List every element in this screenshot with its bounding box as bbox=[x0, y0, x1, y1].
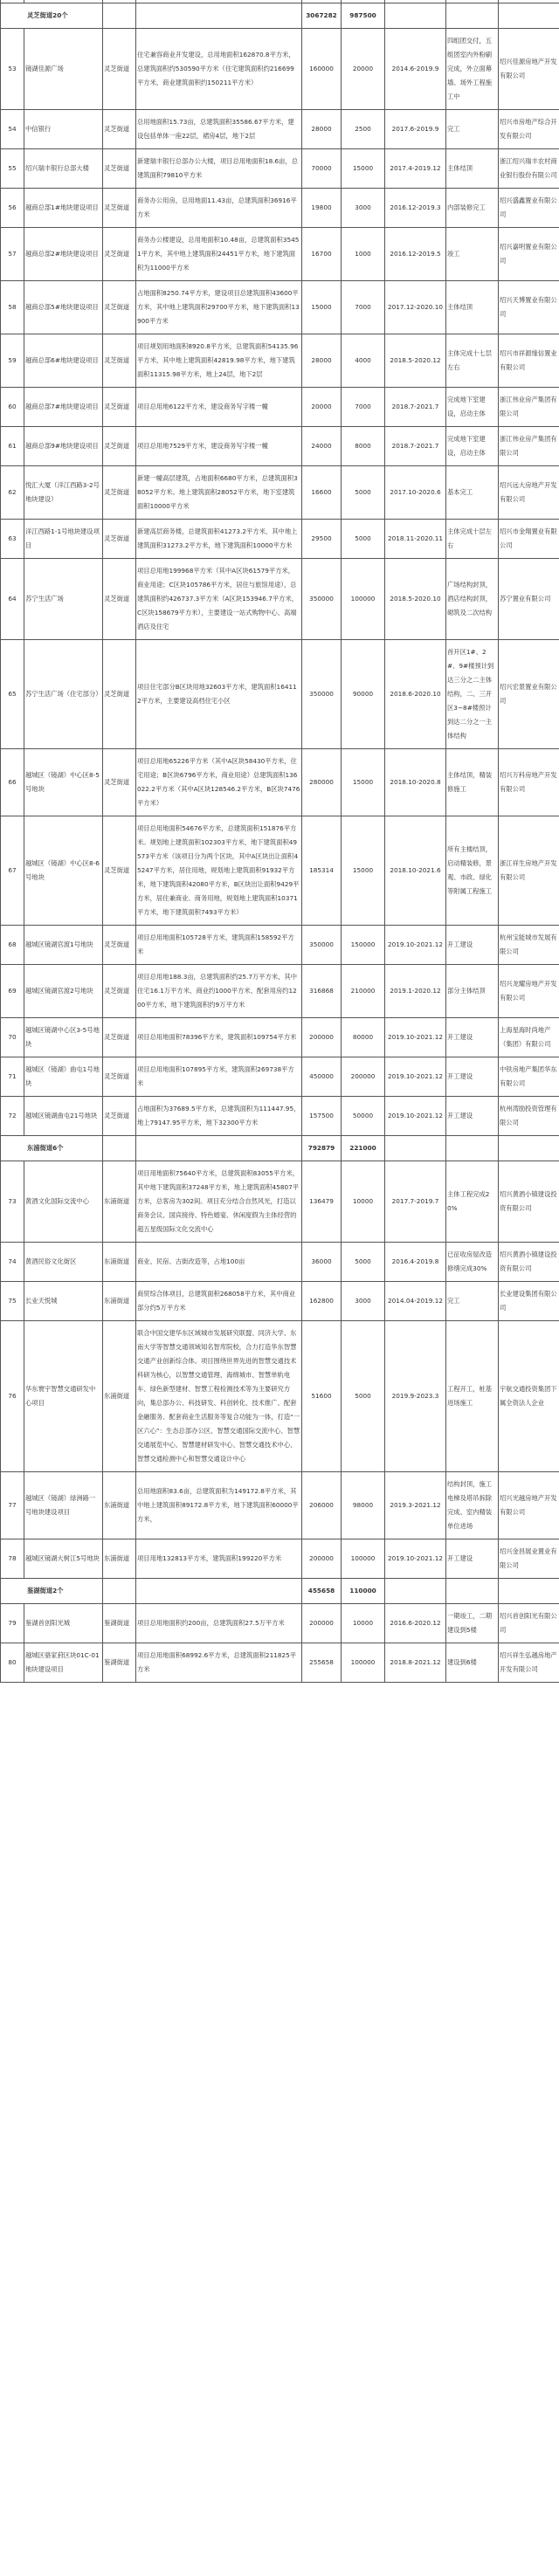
project-company: 中铁房地产集团华东有限公司 bbox=[499, 1057, 559, 1097]
table-row: 70 越城区镜湖中心区3-5号地块 灵芝街道 项目总用地面积78396平方米，建… bbox=[1, 1018, 559, 1057]
table-row: 57 越商总部2#地块建设项目 灵芝街道 商务办公楼建设，总用地面积10.48亩… bbox=[1, 228, 559, 281]
table-row: 69 越城区镜湖官渡2号地块 灵芝街道 项目总用地188.3亩，总建筑面积约25… bbox=[1, 965, 559, 1018]
project-number: 65 bbox=[1, 640, 24, 749]
project-name: 越城区镜湖官渡2号地块 bbox=[24, 965, 103, 1018]
project-progress: 结构封顶，施工电梯及塔吊拆除完成、室内精装单位进场 bbox=[446, 1472, 499, 1539]
project-progress: 主体工程完成20% bbox=[446, 1161, 499, 1243]
project-investment: 185314 bbox=[302, 816, 342, 926]
table-row: 72 越城区镜湖曲屯21号地块 灵芝街道 占地面积为37689.5平方米，总建筑… bbox=[1, 1097, 559, 1136]
table-row: 54 中信银行 灵芝街道 总用地面积15.73亩，总建筑面积35586.67平方… bbox=[1, 110, 559, 149]
project-investment: 157500 bbox=[302, 1097, 342, 1136]
group-empty bbox=[446, 1136, 499, 1161]
project-name: 越商总部1#地块建设项目 bbox=[24, 189, 103, 228]
project-period: 2019.10-2021.12 bbox=[385, 1057, 446, 1097]
group-empty bbox=[136, 1579, 302, 1604]
project-company: 浙江绍兴瑞丰农村商业银行股份有限公司 bbox=[499, 149, 559, 189]
group-investment-total: 792879 bbox=[302, 1136, 342, 1161]
project-progress: 广场结构封顶，酒店结构封顶，砌筑及二次结构 bbox=[446, 559, 499, 640]
project-annual-investment: 10000 bbox=[342, 1161, 385, 1243]
table-row: 75 长业天悦城 东浦街道 商贸综合体项目，总建筑面积268058平方米，其中商… bbox=[1, 1282, 559, 1321]
project-name: 长业天悦城 bbox=[24, 1282, 103, 1321]
project-period: 2016.12-2019.3 bbox=[385, 189, 446, 228]
group-summary-row: 东浦街道6个 792879 221000 bbox=[1, 1136, 559, 1161]
group-empty bbox=[446, 3, 499, 29]
project-investment: 255658 bbox=[302, 1643, 342, 1683]
project-period: 2018.10-2020.8 bbox=[385, 749, 446, 816]
table-row: 73 黄酒文化国际交流中心 东浦街道 项目用地面积75640平方米，总建筑面积8… bbox=[1, 1161, 559, 1243]
project-description: 住宅兼容商业开发建设，总用地面积162870.8平方米，总建筑面积约530590… bbox=[136, 29, 302, 110]
project-number: 74 bbox=[1, 1243, 24, 1282]
project-number: 68 bbox=[1, 926, 24, 965]
project-description: 项目总用地7529平方米，建设商务写字楼一幢 bbox=[136, 427, 302, 466]
group-annual-total: 110000 bbox=[342, 1579, 385, 1604]
project-street: 灵芝街道 bbox=[103, 110, 136, 149]
group-empty bbox=[499, 3, 559, 29]
project-description: 项目住宅部分B区块用地32603平方米，建筑面积164112平方米，主要建设高档… bbox=[136, 640, 302, 749]
project-period: 2017.10-2020.6 bbox=[385, 466, 446, 520]
project-company: 绍兴龙耀房地产开发有限公司 bbox=[499, 965, 559, 1018]
project-annual-investment: 8000 bbox=[342, 427, 385, 466]
table-row: 53 镜湖佳源广场 灵芝街道 住宅兼容商业开发建设，总用地面积162870.8平… bbox=[1, 29, 559, 110]
project-period: 2014.6-2019.9 bbox=[385, 29, 446, 110]
project-number: 62 bbox=[1, 466, 24, 520]
project-name: 越城区（镜湖）曲屯1号地块 bbox=[24, 1057, 103, 1097]
group-annual-total: 221000 bbox=[342, 1136, 385, 1161]
project-investment: 19800 bbox=[302, 189, 342, 228]
project-progress: 工程开工，桩基进场施工 bbox=[446, 1321, 499, 1472]
group-empty bbox=[103, 1579, 136, 1604]
project-number: 72 bbox=[1, 1097, 24, 1136]
project-annual-investment: 90000 bbox=[342, 640, 385, 749]
group-empty bbox=[499, 1579, 559, 1604]
project-progress: 主体完成十层左右 bbox=[446, 520, 499, 559]
project-annual-investment: 100000 bbox=[342, 1643, 385, 1683]
project-annual-investment: 5000 bbox=[342, 466, 385, 520]
project-description: 占地面积为37689.5平方米，总建筑面积为111447.95，地上79147.… bbox=[136, 1097, 302, 1136]
project-progress: 完成地下室建设，启动主体 bbox=[446, 427, 499, 466]
project-number: 79 bbox=[1, 1604, 24, 1643]
project-street: 东浦街道 bbox=[103, 1539, 136, 1579]
group-label: 鉴湖街道2个 bbox=[1, 1579, 103, 1604]
project-annual-investment: 100000 bbox=[342, 559, 385, 640]
project-annual-investment: 15000 bbox=[342, 149, 385, 189]
project-description: 项目规划用地面积8920.8平方米，总建筑面积54135.96平方米，其中地上建… bbox=[136, 334, 302, 388]
project-progress: 竣工 bbox=[446, 228, 499, 281]
table-row: 60 越商总部7#地块建设项目 灵芝街道 项目总用地6122平方米，建设商务写字… bbox=[1, 388, 559, 427]
project-street: 东浦街道 bbox=[103, 1161, 136, 1243]
project-street: 东浦街道 bbox=[103, 1282, 136, 1321]
project-investment: 316868 bbox=[302, 965, 342, 1018]
project-company: 绍兴佳源房地产开发有限公司 bbox=[499, 29, 559, 110]
project-name: 越城区镜湖官渡1号地块 bbox=[24, 926, 103, 965]
table-row: 74 黄酒民俗文化街区 东浦街道 商业、民宿、古街改造等，占地100亩 3600… bbox=[1, 1243, 559, 1282]
project-period: 2019.10-2021.12 bbox=[385, 926, 446, 965]
project-number: 53 bbox=[1, 29, 24, 110]
project-progress: 开工建设 bbox=[446, 1057, 499, 1097]
project-name: 越城区镜湖曲屯21号地块 bbox=[24, 1097, 103, 1136]
project-period: 2018.11-2020.11 bbox=[385, 520, 446, 559]
project-street: 鉴湖街道 bbox=[103, 1643, 136, 1683]
project-description: 项目用地面积75640平方米，总建筑面积83055平方米，其中地下建筑面积372… bbox=[136, 1161, 302, 1243]
project-street: 灵芝街道 bbox=[103, 228, 136, 281]
project-progress: 一期竣工，二期建设到5楼 bbox=[446, 1604, 499, 1643]
project-investment: 206000 bbox=[302, 1472, 342, 1539]
project-annual-investment: 1000 bbox=[342, 228, 385, 281]
project-description: 新建瑞丰银行总部办公大楼，项目总用地面积18.6亩，总建筑面积79810平方米 bbox=[136, 149, 302, 189]
table-row: 61 越商总部9#地块建设项目 灵芝街道 项目总用地7529平方米，建设商务写字… bbox=[1, 427, 559, 466]
project-description: 商贸综合体项目，总建筑面积268058平方米，其中商业部分约5万平方米 bbox=[136, 1282, 302, 1321]
project-street: 灵芝街道 bbox=[103, 388, 136, 427]
project-annual-investment: 98000 bbox=[342, 1472, 385, 1539]
project-annual-investment: 150000 bbox=[342, 926, 385, 965]
project-number: 80 bbox=[1, 1643, 24, 1683]
project-investment: 136479 bbox=[302, 1161, 342, 1243]
project-street: 东浦街道 bbox=[103, 1472, 136, 1539]
project-name: 越商总部9#地块建设项目 bbox=[24, 427, 103, 466]
project-period: 2019.10-2021.12 bbox=[385, 1539, 446, 1579]
project-company: 长业建设集团有限公司 bbox=[499, 1282, 559, 1321]
project-description: 总用地面积15.73亩，总建筑面积35586.67平方米，建设包括单体一座22层… bbox=[136, 110, 302, 149]
project-description: 项目总用地面积105728平方米，建筑面积158592平方米 bbox=[136, 926, 302, 965]
project-annual-investment: 80000 bbox=[342, 1018, 385, 1057]
table-row: 79 鉴湖首创阳光城 鉴湖街道 项目总用地面积约200亩，总建筑面积27.5万平… bbox=[1, 1604, 559, 1643]
table-row: 71 越城区（镜湖）曲屯1号地块 灵芝街道 项目总用地面积107895平方米，建… bbox=[1, 1057, 559, 1097]
group-empty bbox=[499, 1136, 559, 1161]
project-period: 2018.10-2021.6 bbox=[385, 816, 446, 926]
project-number: 54 bbox=[1, 110, 24, 149]
project-company: 绍兴嘉明置业有限公司 bbox=[499, 228, 559, 281]
project-description: 项目总用地65226平方米（其中A区块58430平方米，住宅用途；B区块6796… bbox=[136, 749, 302, 816]
project-description: 项目用地132813平方米，建筑面积199220平方米 bbox=[136, 1539, 302, 1579]
project-progress: 完工 bbox=[446, 110, 499, 149]
project-annual-investment: 5000 bbox=[342, 1243, 385, 1282]
project-investment: 15000 bbox=[302, 281, 342, 334]
group-empty bbox=[385, 1136, 446, 1161]
project-annual-investment: 3000 bbox=[342, 1282, 385, 1321]
project-annual-investment: 2500 bbox=[342, 110, 385, 149]
table-row: 63 洋江西路1-1号地块建设项目 灵芝街道 新建高层商务楼，总建筑面积4127… bbox=[1, 520, 559, 559]
project-description: 项目总用地面积78396平方米，建筑面积109754平方米 bbox=[136, 1018, 302, 1057]
table-row: 66 越城区（镜湖）中心区8-5号地块 灵芝街道 项目总用地65226平方米（其… bbox=[1, 749, 559, 816]
project-period: 2016.12-2019.5 bbox=[385, 228, 446, 281]
project-investment: 24000 bbox=[302, 427, 342, 466]
project-annual-investment: 7000 bbox=[342, 388, 385, 427]
project-street: 灵芝街道 bbox=[103, 749, 136, 816]
project-description: 商业、民宿、古街改造等，占地100亩 bbox=[136, 1243, 302, 1282]
project-name: 越城区（镜湖）中心区8-6号地块 bbox=[24, 816, 103, 926]
project-name: 黄酒民俗文化街区 bbox=[24, 1243, 103, 1282]
project-number: 71 bbox=[1, 1057, 24, 1097]
project-period: 2018.7-2021.7 bbox=[385, 427, 446, 466]
table-row: 78 越城区镜湖大树江5号地块 东浦街道 项目用地132813平方米，建筑面积1… bbox=[1, 1539, 559, 1579]
table-row: 55 绍兴瑞丰银行总部大楼 灵芝街道 新建瑞丰银行总部办公大楼，项目总用地面积1… bbox=[1, 149, 559, 189]
project-investment: 200000 bbox=[302, 1604, 342, 1643]
project-number: 61 bbox=[1, 427, 24, 466]
project-number: 73 bbox=[1, 1161, 24, 1243]
project-company: 浙江伟业房产集团有限公司 bbox=[499, 427, 559, 466]
project-description: 商务办公用房，总用地面11.43亩，总建筑面积36916平方米 bbox=[136, 189, 302, 228]
project-number: 56 bbox=[1, 189, 24, 228]
project-street: 灵芝街道 bbox=[103, 281, 136, 334]
project-period: 2017.4-2019.12 bbox=[385, 149, 446, 189]
project-period: 2018.5-2020.10 bbox=[385, 559, 446, 640]
project-company: 绍兴市金翔置业有限公司 bbox=[499, 520, 559, 559]
project-company: 绍兴祥生弘越房地产开发有限公司 bbox=[499, 1643, 559, 1683]
project-table: 灵芝街道20个 3067282 987500 53 镜湖佳源广场 灵芝街道 住宅… bbox=[0, 0, 559, 1683]
project-period: 2018.5-2020.12 bbox=[385, 334, 446, 388]
project-name: 悦汇大厦（洋江西路3-2号地块建设） bbox=[24, 466, 103, 520]
project-description: 占地面积8250.74平方米，建设项目总建筑面积43600平方米，其中地上建筑面… bbox=[136, 281, 302, 334]
project-street: 灵芝街道 bbox=[103, 640, 136, 749]
project-period: 2018.6-2020.10 bbox=[385, 640, 446, 749]
project-investment: 280000 bbox=[302, 749, 342, 816]
project-number: 77 bbox=[1, 1472, 24, 1539]
project-annual-investment: 3000 bbox=[342, 189, 385, 228]
project-company: 绍兴市房地产综合开发有限公司 bbox=[499, 110, 559, 149]
project-name: 越城区（镜湖）绿洲路一号地块建设项目 bbox=[24, 1472, 103, 1539]
project-period: 2019.10-2021.12 bbox=[385, 1018, 446, 1057]
project-period: 2016.4-2019.8 bbox=[385, 1243, 446, 1282]
project-investment: 29500 bbox=[302, 520, 342, 559]
project-number: 60 bbox=[1, 388, 24, 427]
project-description: 新建高层商务楼，总建筑面积41273.2平方米，其中地上建筑面积31273.2平… bbox=[136, 520, 302, 559]
project-investment: 16700 bbox=[302, 228, 342, 281]
project-company: 绍兴市祥源缘信置业有限公司 bbox=[499, 334, 559, 388]
project-period: 2018.8-2021.12 bbox=[385, 1643, 446, 1683]
project-period: 2017.12-2020.10 bbox=[385, 281, 446, 334]
table-row: 56 越商总部1#地块建设项目 灵芝街道 商务办公用房，总用地面11.43亩，总… bbox=[1, 189, 559, 228]
project-company: 绍兴金昌展业置业有限公司 bbox=[499, 1539, 559, 1579]
project-annual-investment: 7000 bbox=[342, 281, 385, 334]
project-company: 上海星海时尚地产（集团）有限公司 bbox=[499, 1018, 559, 1057]
project-progress: 主体结顶，精装修施工 bbox=[446, 749, 499, 816]
group-empty bbox=[103, 3, 136, 29]
project-period: 2018.7-2021.7 bbox=[385, 388, 446, 427]
project-annual-investment: 5000 bbox=[342, 1321, 385, 1472]
project-street: 东浦街道 bbox=[103, 1321, 136, 1472]
project-investment: 162800 bbox=[302, 1282, 342, 1321]
project-annual-investment: 5000 bbox=[342, 520, 385, 559]
project-progress: 建设到6楼 bbox=[446, 1643, 499, 1683]
project-description: 联合中国交建华东区域城市发展研究联盟、同济大学、东南大学等智慧交通领域知名智库院… bbox=[136, 1321, 302, 1472]
project-investment: 350000 bbox=[302, 640, 342, 749]
table-row: 58 越商总部5#地块建设项目 灵芝街道 占地面积8250.74平方米，建设项目… bbox=[1, 281, 559, 334]
project-number: 67 bbox=[1, 816, 24, 926]
project-progress: 开工建设 bbox=[446, 1539, 499, 1579]
group-empty bbox=[385, 3, 446, 29]
project-investment: 350000 bbox=[302, 926, 342, 965]
project-number: 69 bbox=[1, 965, 24, 1018]
project-name: 华东寰宇智慧交通研发中心项目 bbox=[24, 1321, 103, 1472]
table-row: 67 越城区（镜湖）中心区8-6号地块 灵芝街道 项目总用地面积54676平方米… bbox=[1, 816, 559, 926]
project-progress: 完成地下室建设，启动主体 bbox=[446, 388, 499, 427]
project-progress: 内部装修完工 bbox=[446, 189, 499, 228]
project-street: 灵芝街道 bbox=[103, 965, 136, 1018]
group-annual-total: 987500 bbox=[342, 3, 385, 29]
project-name: 鉴湖首创阳光城 bbox=[24, 1604, 103, 1643]
project-investment: 200000 bbox=[302, 1539, 342, 1579]
table-row: 77 越城区（镜湖）绿洲路一号地块建设项目 东浦街道 总用地面积83.6亩，总建… bbox=[1, 1472, 559, 1539]
project-progress: 主体结顶 bbox=[446, 281, 499, 334]
project-description: 项目总用地面积约200亩，总建筑面积27.5万平方米 bbox=[136, 1604, 302, 1643]
project-annual-investment: 20000 bbox=[342, 29, 385, 110]
project-company: 绍兴光越房地产开发有限公司 bbox=[499, 1472, 559, 1539]
project-name: 苏宁生活广场（住宅部分） bbox=[24, 640, 103, 749]
project-street: 灵芝街道 bbox=[103, 466, 136, 520]
project-annual-investment: 15000 bbox=[342, 816, 385, 926]
project-investment: 28000 bbox=[302, 110, 342, 149]
project-description: 项目总用地199968平方米（其中A区块61579平方米，商业用途；C区块105… bbox=[136, 559, 302, 640]
project-progress: 开工建设 bbox=[446, 1097, 499, 1136]
project-number: 78 bbox=[1, 1539, 24, 1579]
project-street: 灵芝街道 bbox=[103, 559, 136, 640]
project-investment: 20000 bbox=[302, 388, 342, 427]
project-progress: 部分主体结顶 bbox=[446, 965, 499, 1018]
table-row: 65 苏宁生活广场（住宅部分） 灵芝街道 项目住宅部分B区块用地32603平方米… bbox=[1, 640, 559, 749]
project-name: 越商总部7#地块建设项目 bbox=[24, 388, 103, 427]
project-company: 绍兴远大房地产开发有限公司 bbox=[499, 466, 559, 520]
project-progress: 基本完工 bbox=[446, 466, 499, 520]
project-progress: 开工建设 bbox=[446, 926, 499, 965]
project-company: 杭州宝能城市发展有限公司 bbox=[499, 926, 559, 965]
project-name: 越城区镜湖大树江5号地块 bbox=[24, 1539, 103, 1579]
project-investment: 450000 bbox=[302, 1057, 342, 1097]
group-empty bbox=[136, 3, 302, 29]
project-number: 76 bbox=[1, 1321, 24, 1472]
project-company: 绍兴首创阳光有限公司 bbox=[499, 1604, 559, 1643]
project-company: 浙江伟业房产集团有限公司 bbox=[499, 388, 559, 427]
project-street: 灵芝街道 bbox=[103, 149, 136, 189]
project-street: 鉴湖街道 bbox=[103, 1604, 136, 1643]
project-name: 越城区镜湖中心区3-5号地块 bbox=[24, 1018, 103, 1057]
group-label: 灵芝街道20个 bbox=[1, 3, 103, 29]
group-investment-total: 3067282 bbox=[302, 3, 342, 29]
project-annual-investment: 100000 bbox=[342, 1539, 385, 1579]
project-description: 项目总用地面积107895平方米，建筑面积269738平方米 bbox=[136, 1057, 302, 1097]
table-row: 68 越城区镜湖官渡1号地块 灵芝街道 项目总用地面积105728平方米，建筑面… bbox=[1, 926, 559, 965]
project-progress: 已征收房屋改造修缮完成30% bbox=[446, 1243, 499, 1282]
table-row: 80 越城区骆家葑区块01C-01地块建设项目 鉴湖街道 项目总用地面积6899… bbox=[1, 1643, 559, 1683]
project-investment: 28000 bbox=[302, 334, 342, 388]
project-number: 57 bbox=[1, 228, 24, 281]
project-period: 2019.9-2023.3 bbox=[385, 1321, 446, 1472]
project-street: 灵芝街道 bbox=[103, 29, 136, 110]
project-street: 灵芝街道 bbox=[103, 926, 136, 965]
group-investment-total: 455658 bbox=[302, 1579, 342, 1604]
project-investment: 16600 bbox=[302, 466, 342, 520]
project-name: 越城区（镜湖）中心区8-5号地块 bbox=[24, 749, 103, 816]
table-row: 64 苏宁生活广场 灵芝街道 项目总用地199968平方米（其中A区块61579… bbox=[1, 559, 559, 640]
project-annual-investment: 50000 bbox=[342, 1097, 385, 1136]
project-period: 2016.6-2020.12 bbox=[385, 1604, 446, 1643]
project-annual-investment: 200000 bbox=[342, 1057, 385, 1097]
project-period: 2017.7-2019.7 bbox=[385, 1161, 446, 1243]
project-period: 2014.04-2019.12 bbox=[385, 1282, 446, 1321]
project-number: 55 bbox=[1, 149, 24, 189]
group-empty bbox=[103, 1136, 136, 1161]
project-description: 总用地面积83.6亩，总建筑面积为149172.8平方米，其中地上建筑面积891… bbox=[136, 1472, 302, 1539]
project-investment: 70000 bbox=[302, 149, 342, 189]
table-row: 62 悦汇大厦（洋江西路3-2号地块建设） 灵芝街道 新建一幢高层建筑，占地面积… bbox=[1, 466, 559, 520]
project-progress: 主体结顶 bbox=[446, 149, 499, 189]
project-street: 灵芝街道 bbox=[103, 1057, 136, 1097]
project-company: 宇航交通投资集团下属全资法人企业 bbox=[499, 1321, 559, 1472]
project-street: 灵芝街道 bbox=[103, 189, 136, 228]
project-investment: 200000 bbox=[302, 1018, 342, 1057]
table-row: 59 越商总部6#地块建设项目 灵芝街道 项目规划用地面积8920.8平方米，总… bbox=[1, 334, 559, 388]
project-progress: 完工 bbox=[446, 1282, 499, 1321]
group-empty bbox=[446, 1579, 499, 1604]
project-number: 59 bbox=[1, 334, 24, 388]
project-progress: 开工建设 bbox=[446, 1018, 499, 1057]
project-company: 绍兴黄酒小镇建设投资有限公司 bbox=[499, 1243, 559, 1282]
project-period: 2017.6-2019.9 bbox=[385, 110, 446, 149]
project-company: 苏宁置业有限公司 bbox=[499, 559, 559, 640]
project-number: 70 bbox=[1, 1018, 24, 1057]
project-period: 2019.3-2021.12 bbox=[385, 1472, 446, 1539]
project-number: 66 bbox=[1, 749, 24, 816]
table-row: 76 华东寰宇智慧交通研发中心项目 东浦街道 联合中国交建华东区域城市发展研究联… bbox=[1, 1321, 559, 1472]
project-progress: 首开区1#、2#、9#楼预计到达三分之二主体结构，二、三开区3~8#楼预计到达二… bbox=[446, 640, 499, 749]
project-company: 绍兴盛鑫置业有限公司 bbox=[499, 189, 559, 228]
project-investment: 36000 bbox=[302, 1243, 342, 1282]
project-company: 绍兴黄酒小镇建设投资有限公司 bbox=[499, 1161, 559, 1243]
project-description: 项目总用地6122平方米，建设商务写字楼一幢 bbox=[136, 388, 302, 427]
project-number: 64 bbox=[1, 559, 24, 640]
project-name: 绍兴瑞丰银行总部大楼 bbox=[24, 149, 103, 189]
project-number: 58 bbox=[1, 281, 24, 334]
project-name: 越城区骆家葑区块01C-01地块建设项目 bbox=[24, 1643, 103, 1683]
project-description: 新建一幢高层建筑，占地面积6680平方米，总建筑面积38052平方米。地上建筑面… bbox=[136, 466, 302, 520]
group-empty bbox=[136, 1136, 302, 1161]
project-name: 黄酒文化国际交流中心 bbox=[24, 1161, 103, 1243]
project-street: 灵芝街道 bbox=[103, 816, 136, 926]
project-name: 洋江西路1-1号地块建设项目 bbox=[24, 520, 103, 559]
project-annual-investment: 15000 bbox=[342, 749, 385, 816]
project-street: 灵芝街道 bbox=[103, 427, 136, 466]
project-name: 苏宁生活广场 bbox=[24, 559, 103, 640]
group-empty bbox=[385, 1579, 446, 1604]
project-company: 绍兴万科房地产开发有限公司 bbox=[499, 749, 559, 816]
project-description: 项目总用地面积68992.6平方米，总建筑面积211825平方米 bbox=[136, 1643, 302, 1683]
project-annual-investment: 10000 bbox=[342, 1604, 385, 1643]
project-street: 灵芝街道 bbox=[103, 1018, 136, 1057]
project-description: 商务办公楼建设，总用地面积10.48亩，总建筑面积35451平方米，其中地上建筑… bbox=[136, 228, 302, 281]
project-name: 镜湖佳源广场 bbox=[24, 29, 103, 110]
project-progress: 所有主楼结顶，启动精装修，景观、市政、绿化等附属工程施工 bbox=[446, 816, 499, 926]
project-company: 绍兴天博置业有限公司 bbox=[499, 281, 559, 334]
project-name: 越商总部5#地块建设项目 bbox=[24, 281, 103, 334]
project-name: 越商总部6#地块建设项目 bbox=[24, 334, 103, 388]
group-summary-row: 鉴湖街道2个 455658 110000 bbox=[1, 1579, 559, 1604]
project-number: 63 bbox=[1, 520, 24, 559]
project-table-body: 灵芝街道20个 3067282 987500 53 镜湖佳源广场 灵芝街道 住宅… bbox=[1, 0, 559, 1683]
project-investment: 160000 bbox=[302, 29, 342, 110]
project-company: 浙江祥生房地产开发有限公司 bbox=[499, 816, 559, 926]
project-company: 杭州湾励投资管理有限公司 bbox=[499, 1097, 559, 1136]
project-description: 项目总用地188.3亩，总建筑面积约25.7万平方米，其中住宅16.1万平方米、… bbox=[136, 965, 302, 1018]
project-number: 75 bbox=[1, 1282, 24, 1321]
project-description: 项目总用地面积54676平方米，总建筑面积151876平方米。规划地上建筑面积1… bbox=[136, 816, 302, 926]
project-investment: 350000 bbox=[302, 559, 342, 640]
project-street: 东浦街道 bbox=[103, 1243, 136, 1282]
project-investment: 51600 bbox=[302, 1321, 342, 1472]
project-period: 2019.10-2021.12 bbox=[385, 1097, 446, 1136]
project-street: 灵芝街道 bbox=[103, 1097, 136, 1136]
project-company: 绍兴宏景置业有限公司 bbox=[499, 640, 559, 749]
project-annual-investment: 210000 bbox=[342, 965, 385, 1018]
group-summary-row: 灵芝街道20个 3067282 987500 bbox=[1, 3, 559, 29]
